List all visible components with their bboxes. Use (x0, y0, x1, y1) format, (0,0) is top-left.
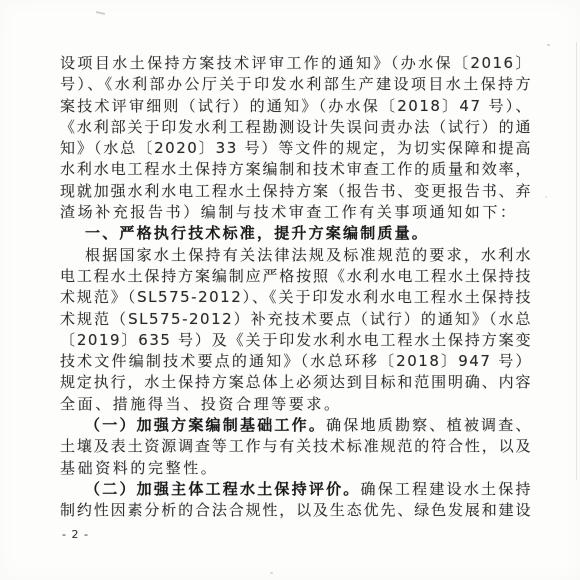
body-line: 全面、措施得当、投资合理等要求。 (60, 394, 532, 415)
body-line: 渣场补充报告书）编制与技术审查工作有关事项通知如下： (60, 202, 532, 223)
scan-artifact-speck (547, 44, 550, 46)
section-heading: 一、严格执行技术标准，提升方案编制质量。 (60, 223, 532, 244)
body-line: 设项目水土保持方案技术评审工作的通知》（办水保〔2016〕123 (60, 53, 532, 74)
clause-label: （二）加强主体工程水土保持评价。 (85, 480, 361, 498)
body-line: 术规范（SL575-2012）补充技术要点（试行）的通知》（水总环 (60, 309, 532, 330)
page-number: - 2 - (62, 528, 89, 542)
clause-label: （一）加强方案编制基础工作。 (85, 416, 326, 434)
body-line: 术规范》（SL575-2012）、《关于印发水利水电工程水土保持技 (60, 287, 532, 308)
scan-artifact-speck (270, 572, 273, 574)
body-line: 规定执行，水土保持方案总体上必须达到目标和范围明确、内容 (60, 372, 532, 393)
body-line: 〔2019〕635 号）及《关于印发水利水电工程水土保持方案变更 (60, 330, 532, 351)
scanned-document-page: 设项目水土保持方案技术评审工作的通知》（办水保〔2016〕123 号）、《水利部… (0, 0, 580, 580)
body-line: 制约性因素分析的合法合规性，以及生态优先、绿色发展和建设 (60, 500, 532, 521)
body-line: 电工程水土保持方案编制应严格按照《水利水电工程水土保持技 (60, 266, 532, 287)
body-line: 技术文件编制技术要点的通知》（水总环移〔2018〕947 号）的 (60, 351, 532, 372)
body-line: 土壤及表土资源调查等工作与有关技术标准规范的符合性，以及 (60, 436, 532, 457)
body-line: 案技术评审细则（试行）的通知》（办水保〔2018〕47 号）、 (60, 96, 532, 117)
body-line: 知》（水总〔2020〕33 号）等文件的规定，为切实保障和提高 (60, 138, 532, 159)
body-line: 基础资料的完整性。 (60, 458, 532, 479)
body-line: 号）、《水利部办公厅关于印发水利部生产建设项目水土保持方 (60, 74, 532, 95)
body-line: 《水利部关于印发水利工程勘测设计失误问责办法（试行）的通 (60, 117, 532, 138)
scan-artifact-edge-line (576, 42, 577, 480)
clause-text: 确保地质勘察、植被调查、 (326, 416, 532, 434)
scan-artifact-dash (96, 11, 105, 15)
body-line: 水利水电工程水土保持方案编制和技术审查工作的质量和效率， (60, 159, 532, 180)
body-line: 现就加强水利水电工程水土保持方案（报告书、变更报告书、弃 (60, 181, 532, 202)
scan-artifact-speck (545, 196, 547, 198)
body-line: 根据国家水土保持有关法律法规及标准规范的要求，水利水 (60, 245, 532, 266)
body-line: （二）加强主体工程水土保持评价。确保工程建设水土保持 (60, 479, 532, 500)
body-line: （一）加强方案编制基础工作。确保地质勘察、植被调查、 (60, 415, 532, 436)
clause-text: 确保工程建设水土保持 (361, 480, 532, 498)
document-body: 设项目水土保持方案技术评审工作的通知》（办水保〔2016〕123 号）、《水利部… (60, 53, 532, 522)
